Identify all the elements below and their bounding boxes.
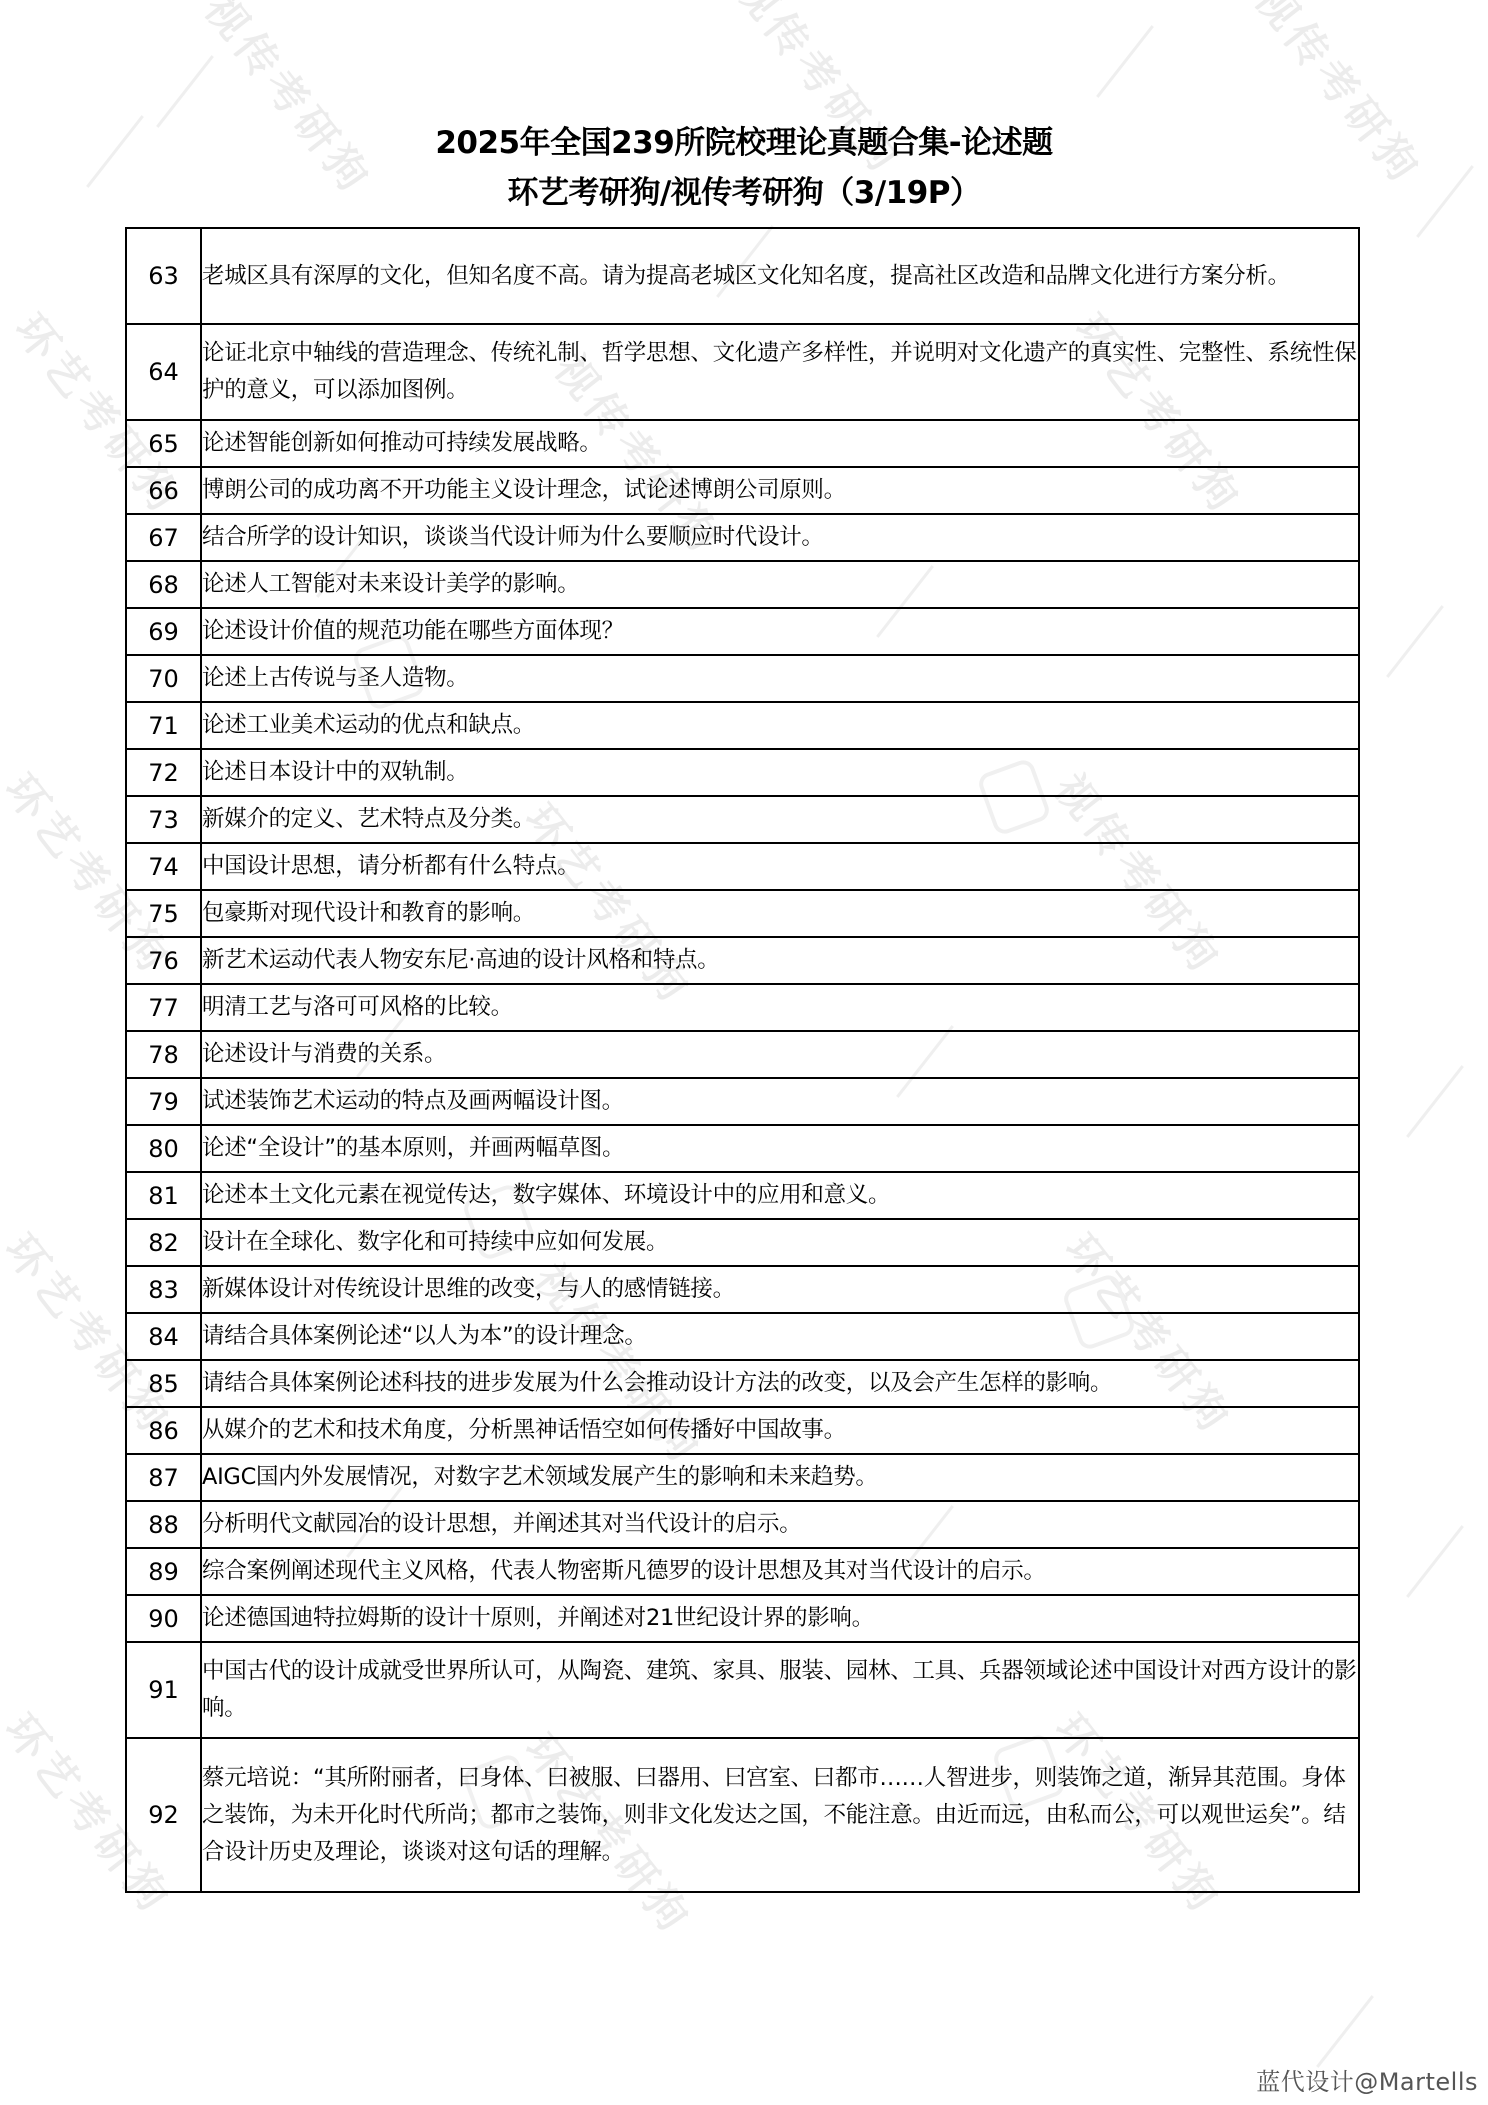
table-row: 90论述德国迪特拉姆斯的设计十原则，并阐述对21世纪设计界的影响。 (126, 1595, 1359, 1642)
question-text: 论证北京中轴线的营造理念、传统礼制、哲学思想、文化遗产多样性，并说明对文化遗产的… (201, 324, 1359, 420)
table-row: 89综合案例阐述现代主义风格，代表人物密斯凡德罗的设计思想及其对当代设计的启示。 (126, 1548, 1359, 1595)
question-text: 论述日本设计中的双轨制。 (201, 749, 1359, 796)
question-number: 82 (126, 1219, 201, 1266)
table-row: 68论述人工智能对未来设计美学的影响。 (126, 561, 1359, 608)
question-number: 68 (126, 561, 201, 608)
question-text: 请结合具体案例论述科技的进步发展为什么会推动设计方法的改变，以及会产生怎样的影响… (201, 1360, 1359, 1407)
question-number: 74 (126, 843, 201, 890)
table-row: 72论述日本设计中的双轨制。 (126, 749, 1359, 796)
table-row: 91中国古代的设计成就受世界所认可，从陶瓷、建筑、家具、服装、园林、工具、兵器领… (126, 1642, 1359, 1738)
question-number: 73 (126, 796, 201, 843)
question-text: 论述智能创新如何推动可持续发展战略。 (201, 420, 1359, 467)
question-number: 90 (126, 1595, 201, 1642)
page-subtitle: 环艺考研狗/视传考研狗（3/19P） (0, 168, 1488, 218)
question-number: 63 (126, 228, 201, 324)
question-number: 71 (126, 702, 201, 749)
document-header: 2025年全国239所院校理论真题合集-论述题 环艺考研狗/视传考研狗（3/19… (0, 118, 1488, 218)
watermark-slash (1386, 605, 1444, 678)
table-row: 64论证北京中轴线的营造理念、传统礼制、哲学思想、文化遗产多样性，并说明对文化遗… (126, 324, 1359, 420)
question-text: 综合案例阐述现代主义风格，代表人物密斯凡德罗的设计思想及其对当代设计的启示。 (201, 1548, 1359, 1595)
question-text: 请结合具体案例论述“以人为本”的设计理念。 (201, 1313, 1359, 1360)
questions-table: 63老城区具有深厚的文化，但知名度不高。请为提高老城区文化知名度，提高社区改造和… (125, 227, 1360, 1893)
table-row: 73新媒介的定义、艺术特点及分类。 (126, 796, 1359, 843)
question-text: 设计在全球化、数字化和可持续中应如何发展。 (201, 1219, 1359, 1266)
table-row: 82设计在全球化、数字化和可持续中应如何发展。 (126, 1219, 1359, 1266)
question-number: 87 (126, 1454, 201, 1501)
question-number: 78 (126, 1031, 201, 1078)
question-text: 新媒介的定义、艺术特点及分类。 (201, 796, 1359, 843)
question-number: 76 (126, 937, 201, 984)
table-row: 69论述设计价值的规范功能在哪些方面体现？ (126, 608, 1359, 655)
question-text: 论述设计价值的规范功能在哪些方面体现？ (201, 608, 1359, 655)
table-row: 88分析明代文献园冶的设计思想，并阐述其对当代设计的启示。 (126, 1501, 1359, 1548)
watermark-slash (1096, 25, 1154, 98)
table-row: 87AIGC国内外发展情况，对数字艺术领域发展产生的影响和未来趋势。 (126, 1454, 1359, 1501)
question-number: 75 (126, 890, 201, 937)
question-text: 中国设计思想，请分析都有什么特点。 (201, 843, 1359, 890)
question-number: 91 (126, 1642, 201, 1738)
question-text: 论述设计与消费的关系。 (201, 1031, 1359, 1078)
table-row: 63老城区具有深厚的文化，但知名度不高。请为提高老城区文化知名度，提高社区改造和… (126, 228, 1359, 324)
table-row: 85请结合具体案例论述科技的进步发展为什么会推动设计方法的改变，以及会产生怎样的… (126, 1360, 1359, 1407)
question-number: 64 (126, 324, 201, 420)
watermark-slash (1406, 1525, 1464, 1598)
question-text: 论述工业美术运动的优点和缺点。 (201, 702, 1359, 749)
watermark-slash (1406, 1065, 1464, 1138)
question-text: 老城区具有深厚的文化，但知名度不高。请为提高老城区文化知名度，提高社区改造和品牌… (201, 228, 1359, 324)
question-number: 77 (126, 984, 201, 1031)
question-text: 新媒体设计对传统设计思维的改变，与人的感情链接。 (201, 1266, 1359, 1313)
question-text: 包豪斯对现代设计和教育的影响。 (201, 890, 1359, 937)
table-row: 67结合所学的设计知识，谈谈当代设计师为什么要顺应时代设计。 (126, 514, 1359, 561)
page-title: 2025年全国239所院校理论真题合集-论述题 (0, 118, 1488, 168)
question-text: 论述“全设计”的基本原则，并画两幅草图。 (201, 1125, 1359, 1172)
question-text: 新艺术运动代表人物安东尼·高迪的设计风格和特点。 (201, 937, 1359, 984)
question-number: 72 (126, 749, 201, 796)
table-row: 79试述装饰艺术运动的特点及画两幅设计图。 (126, 1078, 1359, 1125)
table-row: 92蔡元培说：“其所附丽者，曰身体、曰被服、曰器用、曰宫室、曰都市……人智进步，… (126, 1738, 1359, 1892)
question-number: 79 (126, 1078, 201, 1125)
question-number: 81 (126, 1172, 201, 1219)
table-row: 75包豪斯对现代设计和教育的影响。 (126, 890, 1359, 937)
question-text: 从媒介的艺术和技术角度，分析黑神话悟空如何传播好中国故事。 (201, 1407, 1359, 1454)
question-number: 92 (126, 1738, 201, 1892)
watermark-slash (156, 55, 214, 128)
question-text: 论述上古传说与圣人造物。 (201, 655, 1359, 702)
question-number: 88 (126, 1501, 201, 1548)
table-row: 86从媒介的艺术和技术角度，分析黑神话悟空如何传播好中国故事。 (126, 1407, 1359, 1454)
question-text: 中国古代的设计成就受世界所认可，从陶瓷、建筑、家具、服装、园林、工具、兵器领域论… (201, 1642, 1359, 1738)
question-text: 论述人工智能对未来设计美学的影响。 (201, 561, 1359, 608)
question-number: 86 (126, 1407, 201, 1454)
table-row: 70论述上古传说与圣人造物。 (126, 655, 1359, 702)
question-number: 84 (126, 1313, 201, 1360)
watermark-slash (1316, 1995, 1374, 2068)
question-number: 69 (126, 608, 201, 655)
question-text: AIGC国内外发展情况，对数字艺术领域发展产生的影响和未来趋势。 (201, 1454, 1359, 1501)
author-signature: 蓝代设计@Martells (1256, 2062, 1478, 2097)
question-number: 66 (126, 467, 201, 514)
question-text: 论述德国迪特拉姆斯的设计十原则，并阐述对21世纪设计界的影响。 (201, 1595, 1359, 1642)
question-text: 分析明代文献园冶的设计思想，并阐述其对当代设计的启示。 (201, 1501, 1359, 1548)
question-number: 65 (126, 420, 201, 467)
question-number: 83 (126, 1266, 201, 1313)
table-row: 76新艺术运动代表人物安东尼·高迪的设计风格和特点。 (126, 937, 1359, 984)
question-number: 80 (126, 1125, 201, 1172)
question-number: 89 (126, 1548, 201, 1595)
question-text: 试述装饰艺术运动的特点及画两幅设计图。 (201, 1078, 1359, 1125)
table-row: 81论述本土文化元素在视觉传达，数字媒体、环境设计中的应用和意义。 (126, 1172, 1359, 1219)
table-row: 83新媒体设计对传统设计思维的改变，与人的感情链接。 (126, 1266, 1359, 1313)
question-number: 67 (126, 514, 201, 561)
table-row: 74中国设计思想，请分析都有什么特点。 (126, 843, 1359, 890)
table-row: 71论述工业美术运动的优点和缺点。 (126, 702, 1359, 749)
table-row: 78论述设计与消费的关系。 (126, 1031, 1359, 1078)
question-number: 70 (126, 655, 201, 702)
question-text: 明清工艺与洛可可风格的比较。 (201, 984, 1359, 1031)
table-row: 77明清工艺与洛可可风格的比较。 (126, 984, 1359, 1031)
question-text: 结合所学的设计知识，谈谈当代设计师为什么要顺应时代设计。 (201, 514, 1359, 561)
question-text: 论述本土文化元素在视觉传达，数字媒体、环境设计中的应用和意义。 (201, 1172, 1359, 1219)
table-row: 84请结合具体案例论述“以人为本”的设计理念。 (126, 1313, 1359, 1360)
table-row: 65论述智能创新如何推动可持续发展战略。 (126, 420, 1359, 467)
question-text: 蔡元培说：“其所附丽者，曰身体、曰被服、曰器用、曰宫室、曰都市……人智进步，则装… (201, 1738, 1359, 1892)
table-row: 80论述“全设计”的基本原则，并画两幅草图。 (126, 1125, 1359, 1172)
table-row: 66博朗公司的成功离不开功能主义设计理念，试论述博朗公司原则。 (126, 467, 1359, 514)
question-number: 85 (126, 1360, 201, 1407)
question-text: 博朗公司的成功离不开功能主义设计理念，试论述博朗公司原则。 (201, 467, 1359, 514)
